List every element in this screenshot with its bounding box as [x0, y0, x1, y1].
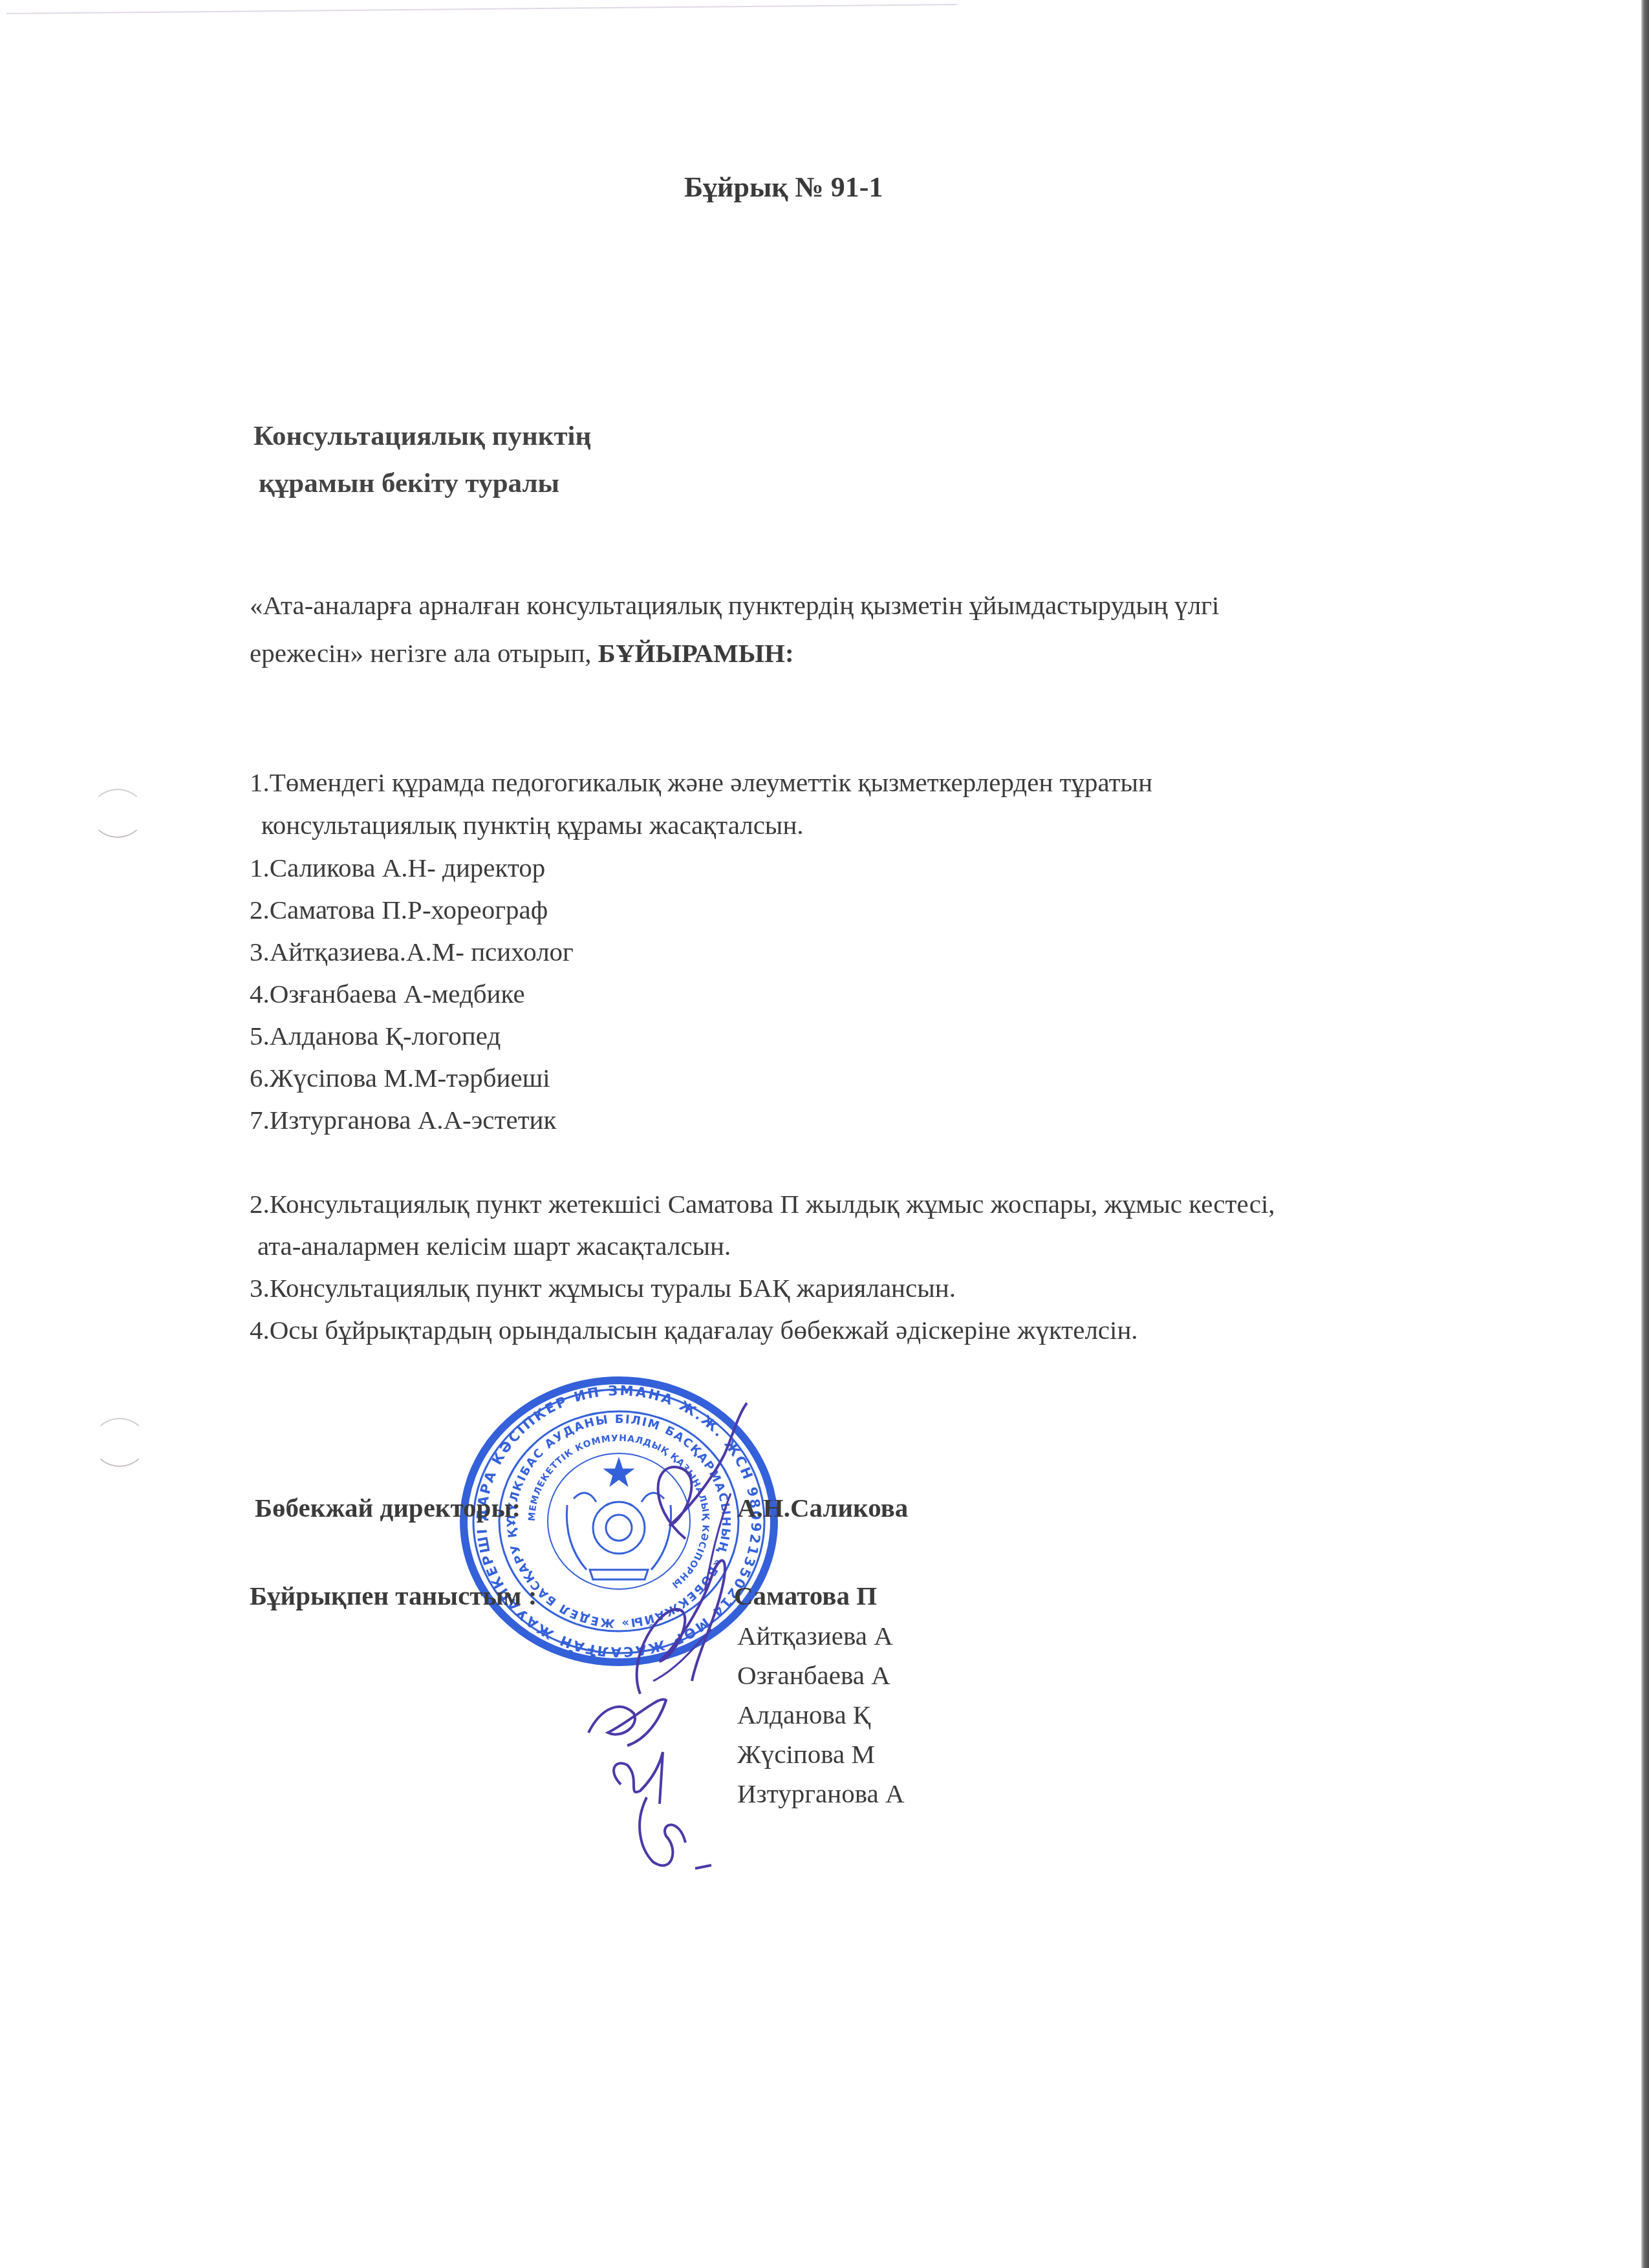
acknowledged-name: Озғанбаева А [737, 1662, 890, 1689]
acknowledged-name: Саматова П [734, 1583, 877, 1609]
state-emblem-icon [566, 1460, 671, 1579]
clause-3: 3.Консультациялық пункт жұмысы туралы БА… [250, 1275, 956, 1301]
member-item: 3.Айтқазиева.А.М- психолог [250, 939, 574, 965]
acknowledged-name: Алданова Қ [737, 1702, 870, 1728]
director-name: А.Н.Саликова [737, 1495, 908, 1521]
preamble-text: ережесін» негізге ала отырып, [250, 638, 598, 668]
order-keyword: БҰЙЫРАМЫН: [598, 638, 794, 668]
staff-signatures [582, 1694, 737, 1888]
member-item: 4.Озғанбаева А-медбике [250, 981, 525, 1007]
clause-2-line-2: ата-аналармен келісім шарт жасақталсын. [257, 1233, 731, 1259]
document-title: Бұйрық № 91-1 [684, 173, 883, 202]
director-label: Бөбекжай директоры: [255, 1495, 521, 1521]
member-item: 1.Саликова А.Н- директор [250, 855, 545, 881]
punch-hole-mark [92, 1418, 147, 1467]
member-item: 2.Саматова П.Р-хореограф [250, 897, 548, 923]
preamble-line-1: «Ата-аналарға арналған консультациялық п… [250, 592, 1219, 619]
member-item: 7.Изтурганова А.А-эстетик [250, 1107, 556, 1133]
member-item: 6.Жүсіпова М.М-тәрбиеші [250, 1065, 550, 1091]
preamble-line-2: ережесін» негізге ала отырып, БҰЙЫРАМЫН: [250, 640, 794, 667]
scanner-edge [1641, 0, 1649, 2268]
clause-1-line-2: консультациялық пунктің құрамы жасақталс… [261, 812, 804, 839]
punch-hole-mark [91, 789, 145, 838]
svg-text:МЕМЛЕКЕТТІК КОММУНАЛДЫҚ ҚАЗЫНА: МЕМЛЕКЕТТІК КОММУНАЛДЫҚ ҚАЗЫНАЛЫҚ КӘСІПО… [527, 1433, 711, 1590]
acknowledged-label: Бұйрықпен таныстым : [250, 1583, 537, 1609]
stamp-center-text: МЕМЛЕКЕТТІК КОММУНАЛДЫҚ ҚАЗЫНАЛЫҚ КӘСІПО… [527, 1433, 711, 1590]
scan-fold-line [6, 4, 957, 14]
subject-line-2: құрамын бекіту туралы [259, 469, 559, 497]
acknowledged-name: Изтурганова А [737, 1781, 905, 1807]
subject-line-1: Консультациялық пунктің [253, 422, 591, 450]
acknowledged-name: Айтқазиева А [737, 1623, 893, 1649]
member-item: 5.Алданова Қ-логопед [250, 1023, 501, 1049]
acknowledged-name: Жүсіпова М [737, 1741, 875, 1768]
clause-4: 4.Осы бұйрықтардың орындалысын қадағалау… [250, 1317, 1138, 1343]
clause-1-line-1: 1.Төмендегі құрамда педогогикалық және ә… [250, 769, 1152, 796]
clause-2-line-1: 2.Консультациялық пункт жетекшісі Самато… [250, 1191, 1275, 1217]
